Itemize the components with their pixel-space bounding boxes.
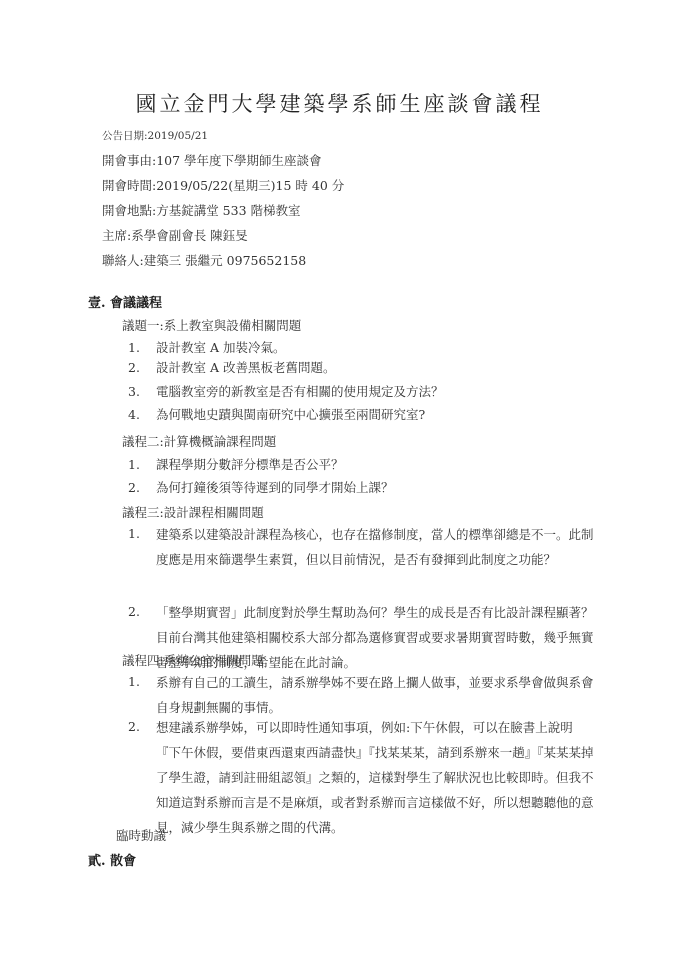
item-text: 電腦教室旁的新教室是否有相關的使用規定及方法？: [156, 384, 596, 400]
document-title: 國立金門大學建築學系師生座談會議程: [0, 88, 679, 118]
topic-title: 議程三:設計課程相關問題: [122, 503, 264, 521]
topic-title: 議程二:計算機概論課程問題: [122, 432, 276, 450]
topic-title: 議題一:系上教室與設備相關問題: [122, 316, 301, 334]
section-heading-agenda: 壹. 會議議程: [88, 292, 162, 311]
announce-date: 公告日期:2019/05/21: [102, 128, 208, 143]
meeting-purpose: 開會事由:107 學年度下學期師生座談會: [102, 151, 322, 169]
item-number: 2.: [128, 360, 148, 375]
meeting-location: 開會地點:方基錠講堂 533 階梯教室: [102, 201, 301, 219]
meeting-chair: 主席:系學會副會長 陳鈺旻: [102, 226, 248, 244]
item-text: 建築系以建築設計課程為核心，也存在擋修制度，當人的標準卻總是不一。此制度應是用來…: [156, 522, 596, 572]
item-number: 2.: [128, 719, 148, 734]
item-number: 2.: [128, 604, 148, 619]
topic-title: 議程四:系辦公室相關問題: [122, 651, 264, 669]
meeting-time: 開會時間:2019/05/22(星期三)15 時 40 分: [102, 176, 344, 194]
item-number: 2.: [128, 480, 148, 495]
meeting-contact: 聯絡人:建築三 張繼元 0975652158: [102, 251, 306, 269]
item-text: 設計教室 A 改善黑板老舊問題。: [156, 360, 596, 376]
item-text: 課程學期分數評分標準是否公平？: [156, 457, 596, 473]
item-text: 設計教室 A 加裝冷氣。: [156, 340, 596, 356]
item-text: 系辦有自己的工讀生，請系辦學姊不要在路上攔人做事，並要求系學會做與系會自身規劃無…: [156, 670, 596, 720]
item-text: 為何戰地史蹟與閩南研究中心擴張至兩間研究室?: [156, 407, 596, 423]
item-number: 1.: [128, 457, 148, 472]
item-number: 3.: [128, 384, 148, 399]
item-text: 為何打鐘後須等待遲到的同學才開始上課？: [156, 480, 596, 496]
item-text: 想建議系辦學姊，可以即時性通知事項，例如:下午休假，可以在臉書上說明『下午休假，…: [156, 715, 596, 840]
item-number: 1.: [128, 674, 148, 689]
item-number: 1.: [128, 526, 148, 541]
item-number: 4.: [128, 407, 148, 422]
section-heading-adjourn: 貳. 散會: [88, 850, 136, 869]
extempore-motion: 臨時動議: [116, 826, 166, 844]
item-number: 1.: [128, 340, 148, 355]
